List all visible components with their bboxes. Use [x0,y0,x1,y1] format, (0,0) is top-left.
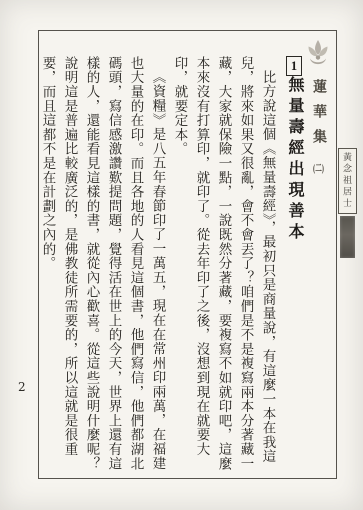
paragraph-2: 《資糧》是八五年春節印了一萬五，現在在常州印兩萬，在福建也大量的在印。而且各地的… [37,56,169,478]
lotus-stamp-icon [305,39,331,69]
book-page: 蓮華集(二) 1無量壽經出現善本 比方說這個《無量壽經》，最初只是商量說，有這麼… [0,0,363,510]
section-number-box: 1 [286,56,303,76]
paragraph-1: 比方說這個《無量壽經》，最初只是商量說，有這麼一本在我這兒，將來如果又很亂，會不… [169,56,279,478]
series-title: 蓮華集(二) [308,79,328,174]
section-title-text: 無量壽經出現善本 [286,76,303,244]
page-border-frame: 蓮華集(二) 1無量壽經出現善本 比方說這個《無量壽經》，最初只是商量說，有這麼… [38,30,337,479]
series-header: 蓮華集(二) [303,39,333,174]
margin-side-tab: 黃念祖居士 [338,148,357,258]
side-tab-dark-block [340,216,355,258]
series-volume: (二) [313,164,324,174]
section-title: 1無量壽經出現善本 [279,56,307,478]
series-title-text: 蓮華集 [311,79,326,154]
text-columns: 1無量壽經出現善本 比方說這個《無量壽經》，最初只是商量說，有這麼一本在我這兒，… [40,56,306,478]
side-tab-label: 黃念祖居士 [338,148,357,214]
page-number: 2 [18,380,26,394]
